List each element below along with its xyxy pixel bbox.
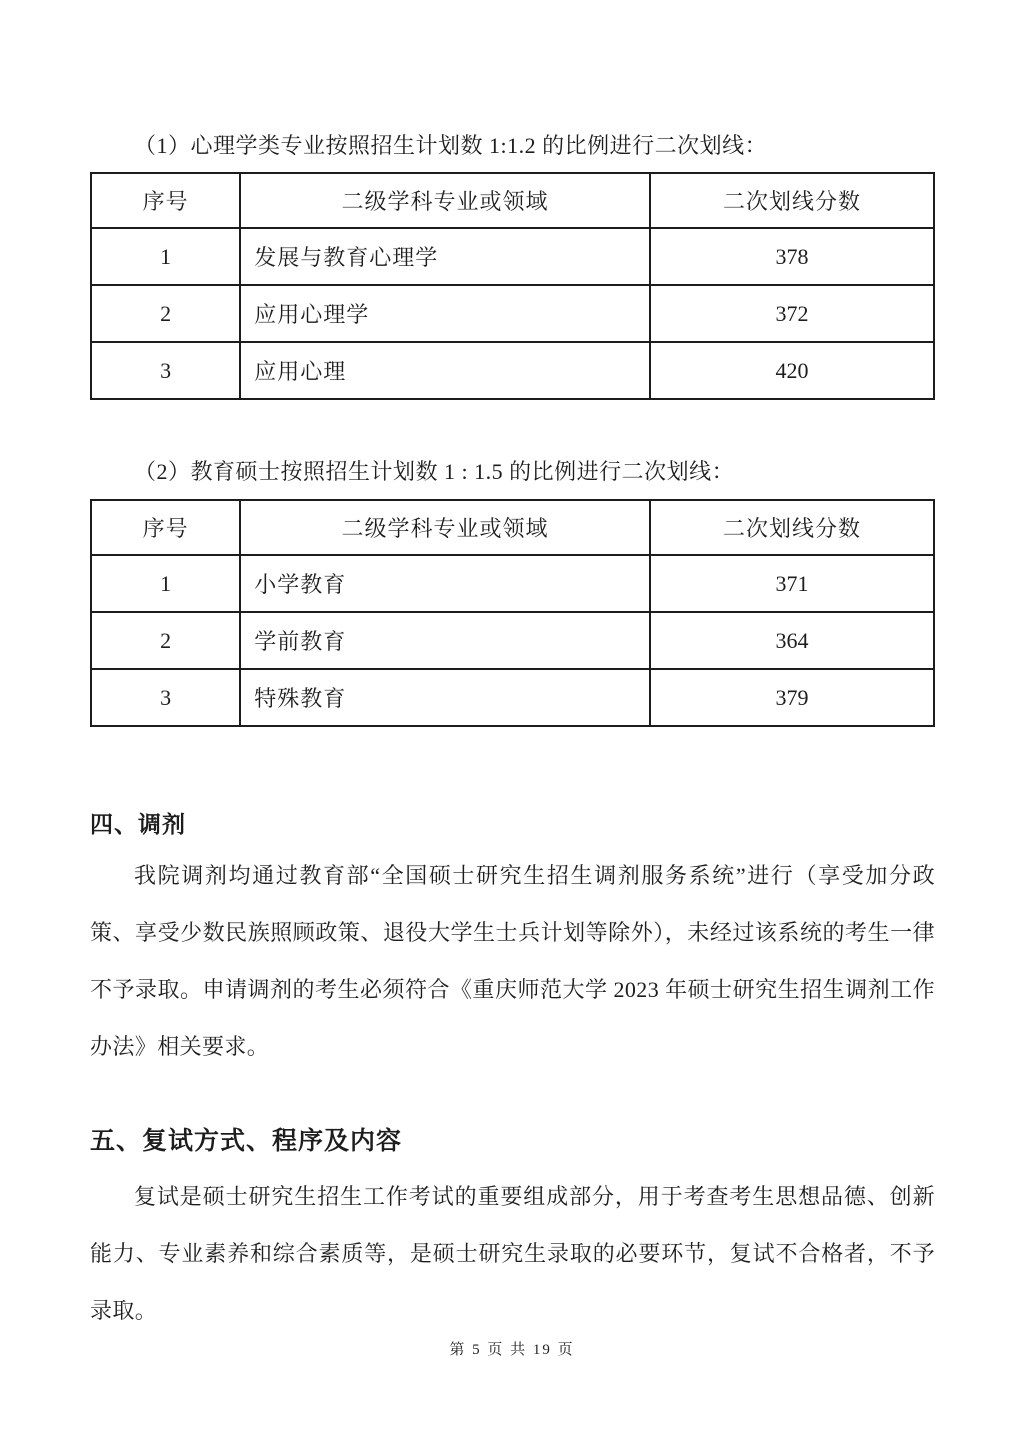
document-page: （1）心理学类专业按照招生计划数 1:1.2 的比例进行二次划线： 序号 二级学… [0, 0, 1024, 1448]
cell-score: 371 [650, 555, 934, 612]
education-score-table: 序号 二级学科专业或领域 二次划线分数 1 小学教育 371 2 学前教育 36… [90, 499, 935, 727]
column-header-major: 二级学科专业或领域 [240, 500, 650, 555]
page-content: （1）心理学类专业按照招生计划数 1:1.2 的比例进行二次划线： 序号 二级学… [0, 0, 1024, 1339]
section-4-title: 四、调剂 [90, 809, 935, 841]
cell-score: 379 [650, 669, 934, 726]
column-header-score: 二次划线分数 [650, 500, 934, 555]
cell-major: 特殊教育 [240, 669, 650, 726]
table-row: 1 发展与教育心理学 378 [91, 228, 934, 285]
cell-index: 2 [91, 285, 240, 342]
cell-major: 学前教育 [240, 612, 650, 669]
psychology-score-table: 序号 二级学科专业或领域 二次划线分数 1 发展与教育心理学 378 2 应用心… [90, 172, 935, 400]
column-header-score: 二次划线分数 [650, 173, 934, 228]
column-header-index: 序号 [91, 500, 240, 555]
section-4-paragraph: 我院调剂均通过教育部“全国硕士研究生招生调剂服务系统”进行（享受加分政策、享受少… [90, 847, 935, 1075]
table-row: 2 学前教育 364 [91, 612, 934, 669]
section-5-title: 五、复试方式、程序及内容 [90, 1124, 935, 1158]
table-header-row: 序号 二级学科专业或领域 二次划线分数 [91, 500, 934, 555]
cell-major: 应用心理 [240, 342, 650, 399]
cell-major: 小学教育 [240, 555, 650, 612]
table-row: 2 应用心理学 372 [91, 285, 934, 342]
cell-score: 372 [650, 285, 934, 342]
cell-score: 364 [650, 612, 934, 669]
cell-index: 1 [91, 555, 240, 612]
cell-index: 2 [91, 612, 240, 669]
cell-index: 3 [91, 669, 240, 726]
page-number-footer: 第 5 页 共 19 页 [0, 1338, 1024, 1359]
table-row: 3 特殊教育 379 [91, 669, 934, 726]
column-header-index: 序号 [91, 173, 240, 228]
cell-score: 378 [650, 228, 934, 285]
table-row: 3 应用心理 420 [91, 342, 934, 399]
cell-index: 3 [91, 342, 240, 399]
subsection-2-heading: （2）教育硕士按照招生计划数 1 : 1.5 的比例进行二次划线： [90, 456, 935, 488]
section-5-paragraph: 复试是硕士研究生招生工作考试的重要组成部分，用于考查考生思想品德、创新能力、专业… [90, 1168, 935, 1339]
column-header-major: 二级学科专业或领域 [240, 173, 650, 228]
cell-score: 420 [650, 342, 934, 399]
table-row: 1 小学教育 371 [91, 555, 934, 612]
subsection-1-heading: （1）心理学类专业按照招生计划数 1:1.2 的比例进行二次划线： [90, 130, 935, 162]
cell-major: 应用心理学 [240, 285, 650, 342]
cell-index: 1 [91, 228, 240, 285]
cell-major: 发展与教育心理学 [240, 228, 650, 285]
table-header-row: 序号 二级学科专业或领域 二次划线分数 [91, 173, 934, 228]
